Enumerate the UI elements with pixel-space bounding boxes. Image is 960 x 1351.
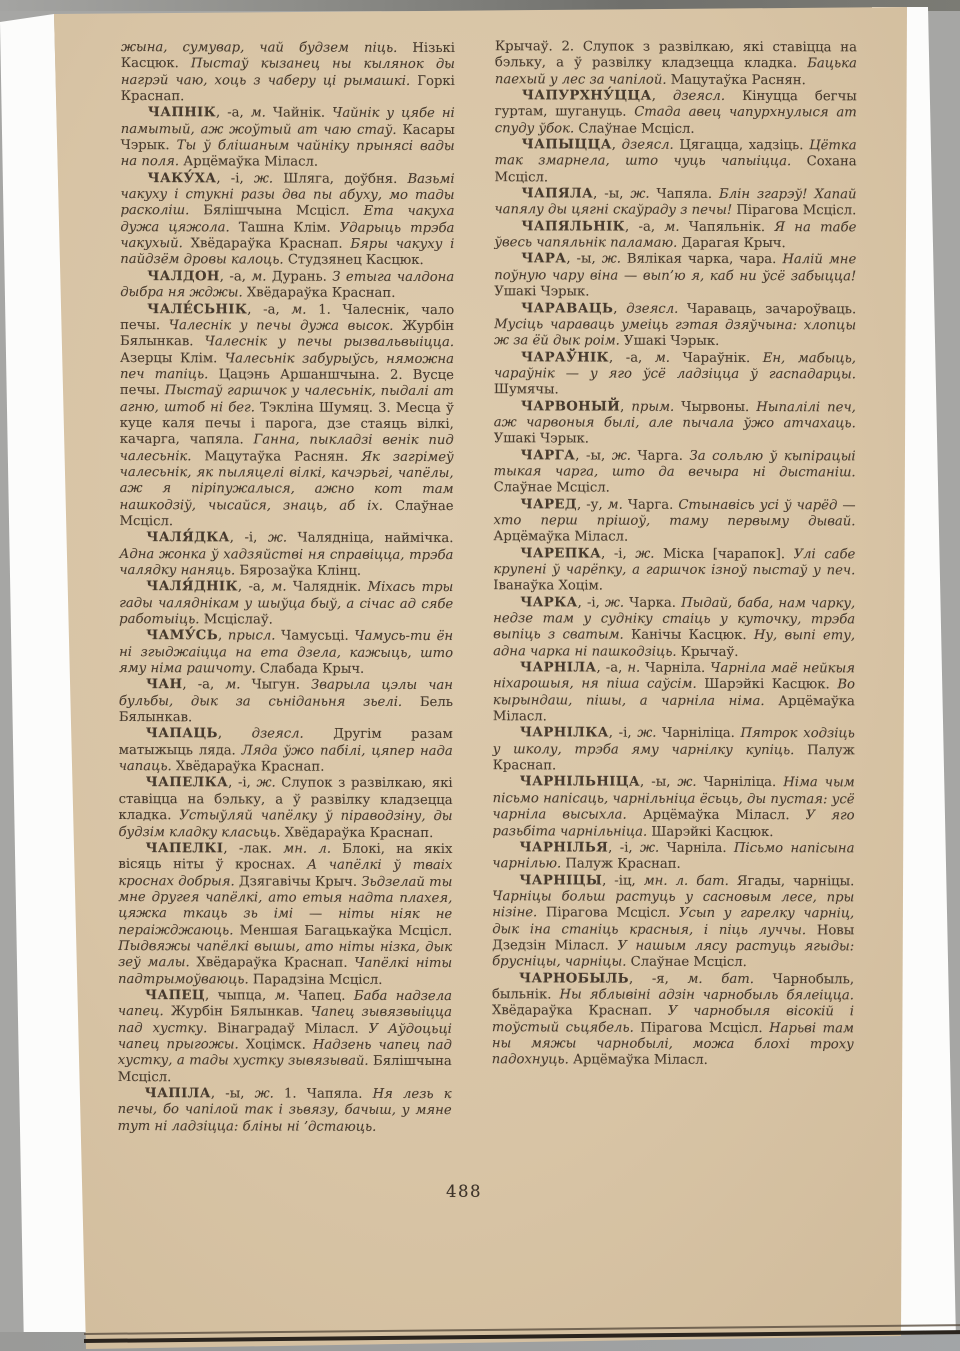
entry-text: Арцёмаўка Міласл.	[569, 1053, 708, 1068]
entry-headword: ЧАПНІК	[148, 105, 216, 120]
entry-text: Чарніла.	[640, 661, 710, 676]
entry-text: , -ы,	[566, 252, 601, 267]
entry-headword: ЧАМУ́СЬ	[146, 628, 218, 643]
entry-example-text: ж.	[605, 595, 624, 610]
entry-text: Ушакі Чэрык.	[494, 431, 589, 446]
entry-headword: ЧАРКА	[520, 595, 577, 610]
entry-headword: ЧАРГА	[521, 448, 576, 463]
entry-example-text: мн. л. бат.	[644, 873, 729, 888]
entry-text: Мсціслаў.	[199, 612, 272, 627]
entry-text: Хвёдараўка Краснап.	[243, 286, 396, 301]
entry-text: , -ы,	[593, 187, 630, 202]
dictionary-entry: ЧАРА, -ы, ж. Вялікая чарка, чара. Налій …	[494, 252, 856, 302]
dictionary-entry: ЧАЛЕ́СЬНІК, -а, м. 1. Чалеснік, чало печ…	[119, 302, 454, 532]
entry-example-text: м.	[291, 302, 306, 317]
entry-text: Чаляднік.	[287, 580, 368, 595]
entry-text: , -а,	[609, 350, 655, 365]
entry-headword: ЧАРНІЛЬЯ	[519, 840, 608, 855]
entry-text: Шумячы.	[494, 382, 559, 397]
entry-text: Студзянец Касцюк.	[284, 253, 424, 268]
entry-text: , -ы,	[640, 775, 677, 790]
dictionary-entry: жына, сумувар, чай будзем піць. Нізькі К…	[121, 40, 455, 106]
entry-text: Слабада Крыч.	[256, 661, 365, 676]
entry-text: Хвёдараўка Краснап.	[183, 236, 351, 252]
entry-text: Шарэйкі Касцюк.	[647, 824, 773, 839]
entry-headword: ЧАРЕПКА	[520, 546, 601, 561]
entry-headword: ЧАЛДОН	[147, 269, 220, 284]
entry-text: Мацутаўка Раснян.	[191, 449, 361, 465]
entry-text: Парадзіна Мсцісл.	[249, 972, 383, 987]
dictionary-entry: ЧАРНІЛА, -а, н. Чарніла. Чарніла маё ней…	[493, 660, 855, 727]
entry-example-text: ж.	[635, 546, 654, 561]
dictionary-entry: ЧАРНОБЫЛЬ, -я, м. бат. Чарнобыль, быльні…	[492, 971, 854, 1070]
entry-text: ,	[652, 89, 673, 104]
entry-text: , -я,	[629, 971, 688, 986]
entry-text: ,	[620, 399, 631, 414]
entry-text: , -і,	[578, 595, 605, 610]
entry-text: ,	[218, 629, 228, 644]
entry-text: Пірагова Мсцісл.	[634, 1020, 769, 1035]
entry-text: Чалядніца, наймічка.	[287, 531, 453, 547]
entry-example-text: дзеясл.	[673, 89, 725, 104]
entry-text: Чапец.	[290, 988, 354, 1003]
entry-text: Чарга.	[623, 497, 679, 512]
entry-text: Ягады, чарніцы.	[729, 873, 855, 888]
dictionary-entry: ЧАРЕПКА, -і, ж. Міска [чарапок]. Улі саб…	[493, 546, 855, 596]
entry-example-text: м.	[655, 350, 670, 365]
scanned-book-page: { "page": { "number": "488", "colors": {…	[0, 0, 960, 1351]
entry-headword: ЧАЛЕ́СЬНІК	[147, 302, 247, 317]
entry-text: Арцёмаўка Міласл.	[627, 808, 806, 824]
entry-text: Чапяла.	[650, 187, 720, 202]
entry-example-text: м. бат.	[687, 971, 753, 986]
dictionary-entry: ЧАРНІЛКА, -і, ж. Чарніліца. Пятрок ходзі…	[493, 726, 855, 776]
entry-headword: ЧАПЯЛЬНІК	[521, 219, 625, 234]
dictionary-entry: ЧАРНІЦЫ, -іц, мн. л. бат. Ягады, чарніцы…	[492, 873, 854, 972]
entry-example-text: м.	[608, 497, 623, 512]
entry-text: Пірагова Мсцісл.	[732, 203, 856, 218]
entry-headword: ЧАРНІЛА	[520, 660, 597, 675]
entry-text: , -ы,	[211, 1086, 255, 1101]
entry-text: Ушакі Чэрык.	[494, 284, 589, 299]
entry-example-text: дзеясл.	[622, 138, 674, 153]
dictionary-entry: ЧАРАЎНІК, -а, м. Чараўнік. Ен, мабыць, ч…	[494, 350, 856, 400]
entry-text: , -а,	[247, 302, 291, 317]
dictionary-entry: ЧАМУ́СЬ, прысл. Чамусьці. Чамусь-ти ён н…	[119, 628, 453, 678]
entry-headword: ЧАПЕЛКІ	[145, 841, 223, 856]
dictionary-entry: Крычаў. 2. Слупок з развілкаю, які ставі…	[495, 39, 857, 89]
text-columns: жына, сумувар, чай будзем піць. Нізькі К…	[0, 0, 960, 1351]
entry-text: Дурань.	[266, 269, 332, 284]
entry-text: Ташна Клім.	[230, 220, 340, 235]
entry-headword: ЧАРЕД	[521, 497, 578, 512]
entry-example-text: м.	[275, 988, 290, 1003]
dictionary-entry: ЧАПАЦЬ, дзеясл. Другім разам матыжыць ля…	[119, 726, 453, 776]
dictionary-entry: ЧАЛЯ́ДНІК, -а, м. Чаляднік. Міхась тры г…	[119, 579, 453, 629]
entry-example-text: ж.	[268, 531, 287, 546]
entry-headword: ЧАРАЎНІК	[521, 350, 609, 365]
dictionary-entry: ЧАПЕЛКА, -і, ж. Слупок з развілкаю, які …	[118, 775, 452, 841]
scan-backdrop: жына, сумувар, чай будзем піць. Нізькі К…	[0, 0, 960, 1351]
entry-text: Чарніліца.	[656, 726, 740, 741]
entry-example-text: Чалеснік у печы рызвальвыіцца.	[205, 334, 454, 350]
entry-headword: ЧАЛЯ́ДКА	[146, 530, 229, 545]
entry-headword: ЧАРНІЛЬНІЦА	[520, 775, 640, 790]
entry-text: Мацутаўка Раснян.	[667, 72, 806, 87]
entry-headword: ЧАРНОБЫЛЬ	[519, 971, 629, 986]
entry-example-text: ж.	[254, 171, 273, 186]
entry-example-text: м.	[664, 219, 679, 234]
entry-text: Хвёдараўка Краснап.	[172, 759, 325, 774]
entry-text: Міска [чарапок].	[654, 546, 793, 561]
entry-example-text: ж.	[630, 187, 649, 202]
entry-text: , -і,	[228, 776, 256, 791]
entry-text: , -а,	[625, 219, 664, 234]
entry-text: Чарніла.	[659, 841, 734, 856]
entry-example-text: прысл.	[228, 629, 276, 644]
text-column-right: Крычаў. 2. Слупок з развілкаю, які ставі…	[492, 39, 857, 1070]
entry-text: Крычаў. 2. Слупок з развілкаю, які ставі…	[495, 39, 857, 71]
entry-example-text: м.	[251, 106, 266, 121]
dictionary-entry: ЧАПЯЛЬНІК, -а, м. Чапяльнік. Я на табе ў…	[494, 219, 856, 253]
entry-text: , -і,	[601, 546, 635, 561]
entry-headword: ЧАЛЯ́ДНІК	[146, 579, 238, 594]
entry-text: Чамусьці.	[275, 629, 354, 644]
entry-headword: ЧАПЯЛА	[521, 186, 593, 201]
entry-example-text: н.	[627, 661, 640, 676]
entry-text: , -а,	[216, 106, 251, 121]
entry-text: , -а,	[220, 269, 252, 284]
dictionary-entry: ЧАРАВАЦЬ, дзеясл. Чараваць, зачароўваць.…	[494, 301, 856, 351]
entry-text: Чыгун.	[240, 678, 311, 693]
entry-example-text: прым.	[631, 399, 674, 414]
entry-example-text: жына, сумувар, чай будзем піць.	[121, 40, 397, 56]
entry-text: Ушакі Чэрык.	[620, 334, 719, 349]
dictionary-entry: ЧАЛДОН, -а, м. Дурань. З етыга чалдона д…	[120, 269, 454, 303]
dictionary-entry: ЧАРВОНЫЙ, прым. Чырвоны. Ныпалілі печ, а…	[494, 399, 856, 449]
entry-text: Хвёдараўка Краснап.	[281, 825, 434, 840]
entry-text: Дзягавічы Крыч.	[235, 874, 362, 889]
entry-text: ,	[612, 138, 622, 153]
entry-headword: ЧАПУРХНУ́ЦЦА	[522, 88, 652, 103]
entry-example-text: Ны яблывіні адзін чарнобыль бялеіцца.	[559, 987, 854, 1003]
entry-text: Крычаў.	[677, 644, 739, 659]
entry-text: Арцёмаўка Міласл.	[493, 529, 628, 544]
entry-example-text: ж.	[256, 776, 275, 791]
entry-text: Чырвоны.	[674, 399, 756, 414]
entry-text: Арцёмаўка Міласл.	[179, 155, 318, 170]
entry-example-text: ж.	[255, 1086, 274, 1101]
dictionary-entry: ЧАПЫЦЦА, дзеясл. Цягацца, хадзіць. Цётка…	[495, 137, 857, 187]
entry-text: , -лак.	[223, 841, 283, 856]
entry-text: Шарэйкі Касцюк.	[697, 677, 838, 692]
entry-text: ,	[613, 301, 626, 316]
dictionary-entry: ЧАРЕД, -у, м. Чарга. Стынавісь усі ў чар…	[493, 497, 855, 547]
entry-text: Вінаградаў Міласл.	[207, 1021, 368, 1037]
entry-headword: ЧАПЕЦ	[145, 988, 205, 1003]
entry-text: Слаўнае Мсцісл.	[626, 955, 747, 970]
entry-headword: ЧАРАВАЦЬ	[521, 301, 613, 316]
entry-text: , -у,	[577, 497, 608, 512]
entry-text: Вялікая чарка, чара.	[621, 252, 783, 268]
dictionary-entry: ЧАРНІЛЬЯ, -і, ж. Чарніла. Пісьмо напісын…	[492, 840, 854, 874]
entry-text: , -а,	[597, 661, 628, 676]
entry-example-text: ж.	[677, 775, 696, 790]
entry-text: Бярозаўка Клінц.	[235, 563, 361, 578]
entry-text: , -і,	[216, 171, 254, 186]
entry-example-text: м.	[251, 269, 266, 284]
entry-text: Слаўнае Мсцісл.	[574, 121, 695, 136]
entry-text: Слаўнае Мсцісл.	[494, 480, 610, 495]
entry-text: Чайнік.	[266, 106, 332, 121]
entry-headword: ЧАПІЛА	[145, 1086, 211, 1101]
entry-text: Хвёдараўка Краснап.	[492, 1003, 668, 1019]
dictionary-entry: ЧАПЕЦ, чыпца, м. Чапец. Баба надзела чап…	[118, 988, 452, 1087]
entry-example-text: дзеясл.	[252, 727, 304, 742]
entry-headword: ЧАРВОНЫЙ	[521, 399, 620, 414]
entry-text: Чарка.	[624, 595, 681, 610]
entry-text: Азерцы Клім.	[120, 351, 225, 366]
dictionary-entry: ЧАПЯЛА, -ы, ж. Чапяла. Блін згарэў! Хапа…	[494, 186, 856, 220]
entry-headword: ЧАПЕЛКА	[146, 776, 229, 791]
entry-text: Чарга.	[631, 448, 690, 463]
entry-example-text: ж.	[612, 448, 631, 463]
entry-headword: ЧАПЫЦЦА	[522, 137, 612, 152]
text-column-left: жына, сумувар, чай будзем піць. Нізькі К…	[118, 40, 455, 1136]
entry-text: Цягацца, хадзіць.	[674, 138, 809, 153]
entry-text: Журбін Бялынкав.	[164, 1004, 311, 1019]
entry-text: , чыпца,	[205, 988, 275, 1003]
dictionary-entry: ЧАН, -а, м. Чыгун. Зварыла цэлы чан буль…	[119, 677, 453, 727]
entry-text: Меншая Багацькаўка Мсцісл.	[233, 923, 452, 939]
entry-example-text: дзеясл.	[626, 301, 678, 316]
entry-example-text: Чалеснік у печы дужа высок.	[169, 318, 394, 334]
entry-text: , -а,	[238, 580, 272, 595]
dictionary-entry: ЧАЛЯ́ДКА, -і, ж. Чалядніца, наймічка. Ад…	[119, 530, 453, 580]
entry-headword: ЧАН	[146, 677, 183, 692]
dictionary-entry: ЧАРНІЛЬНІЦА, -ы, ж. Чарніліца. Німа чым …	[492, 775, 854, 842]
entry-text: Чарніліца.	[697, 775, 784, 790]
entry-text: ,	[218, 727, 252, 742]
entry-headword: ЧАРНІЛКА	[520, 726, 609, 741]
entry-text: Пірагова Мсцісл.	[537, 906, 679, 921]
page-number: 488	[446, 1182, 506, 1201]
entry-text: 1. Чапяла.	[274, 1086, 373, 1101]
entry-example-text: ж.	[602, 252, 621, 267]
dictionary-entry: ЧАПІЛА, -ы, ж. 1. Чапяла. Ня лезь к печы…	[118, 1086, 452, 1136]
entry-text: Канічы Касцюк.	[624, 628, 754, 643]
entry-example-text: м.	[271, 580, 286, 595]
entry-headword: ЧАКУ́ХА	[148, 171, 217, 186]
dictionary-entry: ЧАПЕЛКІ, -лак. мн. л. Блокі, на якіх віс…	[118, 841, 452, 989]
dictionary-entry: ЧАКУ́ХА, -і, ж. Шляга, доўбня. Вазьмі ча…	[120, 171, 454, 270]
entry-headword: ЧАРА	[521, 252, 566, 267]
entry-headword: ЧАПАЦЬ	[146, 727, 218, 742]
entry-text: Дарагая Крыч.	[677, 236, 785, 251]
dictionary-page: жына, сумувар, чай будзем піць. Нізькі К…	[0, 0, 960, 1351]
entry-text: Хоцімск.	[239, 1037, 313, 1052]
entry-example-text: ж.	[640, 840, 659, 855]
entry-text: Чапяльнік.	[680, 220, 775, 235]
entry-text: , -і,	[608, 840, 640, 855]
dictionary-entry: ЧАРГА, -ы, ж. Чарга. За сольлю ў кыпірац…	[494, 448, 856, 498]
entry-example-text: ж.	[637, 726, 656, 741]
entry-text: Шляга, доўбня.	[273, 171, 407, 186]
dictionary-entry: ЧАПУРХНУ́ЦЦА, дзеясл. Кінуцца бегчы гурт…	[495, 88, 857, 138]
entry-text: Чараваць, зачароўваць.	[678, 301, 856, 317]
entry-text: , -і,	[609, 726, 638, 741]
entry-text: , -іц,	[602, 873, 644, 888]
entry-text: , -ы,	[575, 448, 612, 463]
entry-text: Чараўнік.	[670, 350, 763, 365]
entry-text: Бялішчына Мсцісл.	[189, 204, 363, 220]
dictionary-entry: ЧАПНІК, -а, м. Чайнік. Чайнік у цябе ні …	[121, 105, 455, 171]
dictionary-entry: ЧАРКА, -і, ж. Чарка. Пыдай, баба, нам ча…	[493, 595, 855, 662]
entry-example-text: м.	[225, 678, 240, 693]
entry-text: , -і,	[230, 531, 268, 546]
entry-text: Іванаўка Хоцім.	[493, 579, 603, 594]
entry-text: Палуж Краснап.	[561, 857, 681, 872]
entry-headword: ЧАРНІЦЫ	[519, 873, 602, 888]
entry-text: , -а,	[182, 678, 225, 693]
entry-example-text: мн. л.	[283, 841, 331, 856]
entry-text: Хвёдараўка Краснап.	[190, 955, 355, 971]
